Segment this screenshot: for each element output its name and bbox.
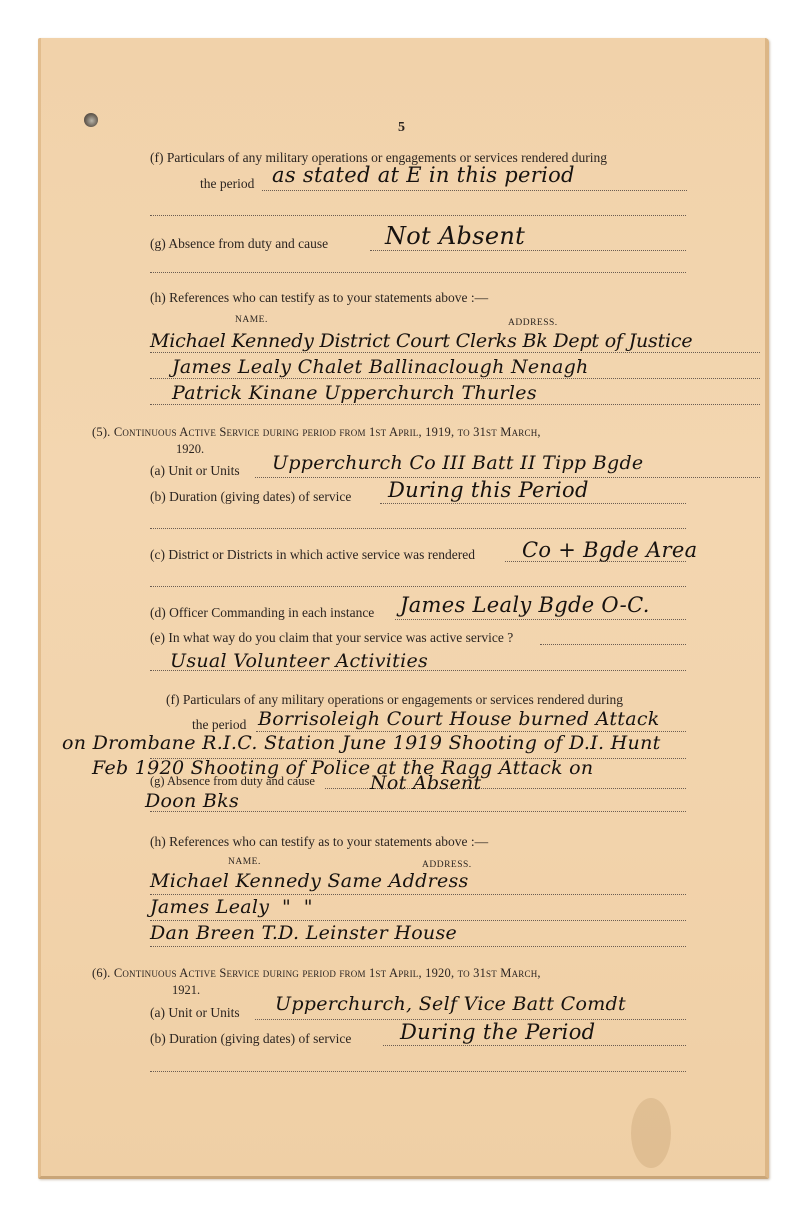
s6-b-label: (b) Duration (giving dates) of service (150, 1031, 351, 1047)
fill-line (150, 920, 686, 921)
s5-b-label: (b) Duration (giving dates) of service (150, 489, 351, 505)
s5-g-label: (g) Absence from duty and cause (150, 774, 315, 789)
prev-h-label: (h) References who can testify as to you… (150, 290, 488, 306)
fill-line (383, 1045, 686, 1046)
stain (631, 1098, 671, 1168)
s5-e-value: Usual Volunteer Activities (170, 650, 428, 672)
reference-entry: Michael Kennedy District Court Clerks Bk… (150, 330, 692, 352)
section-5-heading-year: 1920. (176, 442, 204, 457)
prev-g-label: (g) Absence from duty and cause (150, 236, 328, 252)
fill-line (150, 352, 760, 353)
s6-a-value: Upperchurch, Self Vice Batt Comdt (275, 993, 626, 1015)
s5-f-line: Doon Bks (145, 790, 239, 812)
fill-line (540, 644, 686, 645)
s5-a-label: (a) Unit or Units (150, 463, 240, 479)
fill-line (370, 250, 686, 251)
prev-g-value: Not Absent (385, 222, 525, 250)
reference-entry: James Lealy " " (150, 896, 313, 918)
prev-f-prefix: the period (200, 176, 254, 192)
section-5-heading: (5). Continuous Active Service during pe… (92, 425, 541, 440)
name-header: NAME. (235, 315, 268, 325)
reference-entry: Patrick Kinane Upperchurch Thurles (172, 382, 537, 404)
s6-b-value: During the Period (400, 1020, 595, 1044)
s5-g-value: Not Absent (370, 772, 482, 794)
section-6-heading-year: 1921. (172, 983, 200, 998)
fill-line (150, 946, 686, 947)
fill-line (150, 404, 760, 405)
fill-line (262, 190, 687, 191)
section-6-heading: (6). Continuous Active Service during pe… (92, 966, 541, 981)
address-header: ADDRESS. (508, 318, 558, 328)
prev-f-value: as stated at E in this period (272, 163, 575, 187)
s5-b-value: During this Period (388, 478, 589, 502)
reference-entry: Michael Kennedy Same Address (150, 870, 469, 892)
s5-f-prefix: the period (192, 717, 246, 733)
fill-line (380, 503, 686, 504)
s5-c-value: Co + Bgde Area (522, 538, 697, 562)
reference-entry: Dan Breen T.D. Leinster House (150, 922, 457, 944)
s5-f-line: Borrisoleigh Court House burned Attack (258, 708, 660, 730)
address-header: ADDRESS. (422, 860, 472, 870)
s6-a-label: (a) Unit or Units (150, 1005, 240, 1021)
fill-line (150, 272, 686, 273)
s5-d-label: (d) Officer Commanding in each instance (150, 605, 374, 621)
fill-line (150, 1071, 686, 1072)
name-header: NAME. (228, 857, 261, 867)
s5-f-label: (f) Particulars of any military operatio… (166, 692, 623, 708)
reference-entry: James Lealy Chalet Ballinaclough Nenagh (172, 356, 589, 378)
fill-line (150, 378, 760, 379)
s5-h-label: (h) References who can testify as to you… (150, 834, 488, 850)
fill-line (150, 586, 686, 587)
punch-hole (84, 113, 98, 127)
fill-line (150, 215, 686, 216)
fill-line (150, 528, 686, 529)
s5-f-line: on Drombane R.I.C. Station June 1919 Sho… (62, 732, 661, 754)
s5-a-value: Upperchurch Co III Batt II Tipp Bgde (272, 452, 643, 474)
page-number: 5 (398, 120, 405, 136)
fill-line (395, 619, 686, 620)
s5-d-value: James Lealy Bgde O-C. (400, 593, 650, 617)
s5-e-label: (e) In what way do you claim that your s… (150, 630, 513, 646)
fill-line (150, 894, 686, 895)
s5-c-label: (c) District or Districts in which activ… (150, 547, 475, 563)
